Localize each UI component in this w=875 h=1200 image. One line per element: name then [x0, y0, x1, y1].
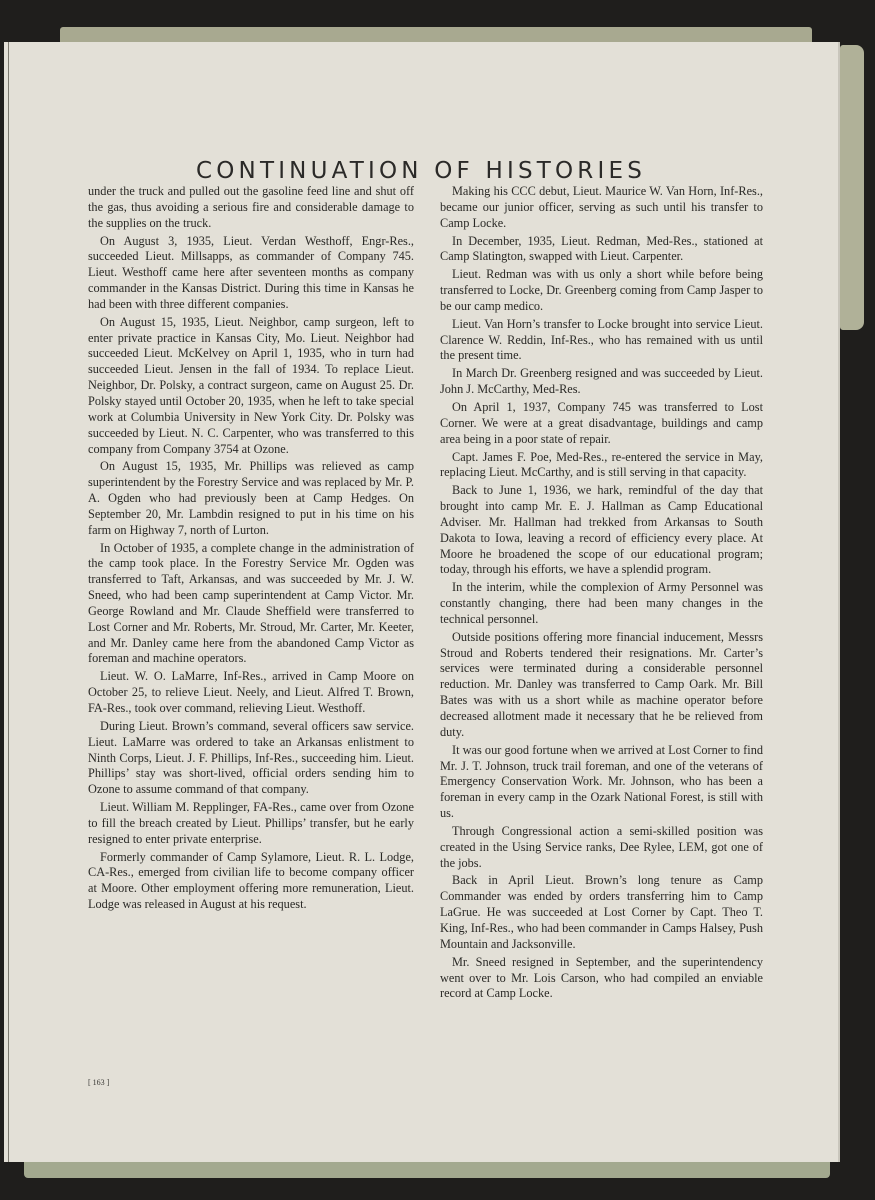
paragraph: Mr. Sneed resigned in September, and the… [440, 955, 763, 1003]
page-title: CONTINUATION OF HISTORIES [4, 158, 838, 184]
paragraph: Making his CCC debut, Lieut. Maurice W. … [440, 184, 763, 232]
paragraph: Formerly commander of Camp Sylamore, Lie… [88, 850, 414, 913]
paper-edge-bottom [24, 1160, 830, 1178]
paragraph: On August 15, 1935, Mr. Phillips was rel… [88, 459, 414, 538]
paragraph: Through Congressional action a semi-skil… [440, 824, 763, 872]
binding-line [8, 42, 9, 1162]
paragraph: During Lieut. Brown’s command, several o… [88, 719, 414, 798]
paragraph: On August 3, 1935, Lieut. Verdan Westhof… [88, 234, 414, 313]
paragraph: Outside positions offering more financia… [440, 630, 763, 741]
book-page: CONTINUATION OF HISTORIES under the truc… [4, 42, 840, 1162]
paragraph: Lieut. William M. Repplinger, FA-Res., c… [88, 800, 414, 848]
paragraph: It was our good fortune when we arrived … [440, 743, 763, 822]
paragraph: Capt. James F. Poe, Med-Res., re-entered… [440, 450, 763, 482]
paragraph: In March Dr. Greenberg resigned and was … [440, 366, 763, 398]
paragraph: Lieut. Van Horn’s transfer to Locke brou… [440, 317, 763, 365]
paragraph: In the interim, while the complexion of … [440, 580, 763, 628]
paragraph: On August 15, 1935, Lieut. Neighbor, cam… [88, 315, 414, 458]
paragraph: In December, 1935, Lieut. Redman, Med-Re… [440, 234, 763, 266]
paragraph: under the truck and pulled out the gasol… [88, 184, 414, 232]
paragraph: On April 1, 1937, Company 745 was transf… [440, 400, 763, 448]
paper-edge-right [840, 45, 864, 330]
paragraph: In October of 1935, a complete change in… [88, 541, 414, 668]
paragraph: Back to June 1, 1936, we hark, remindful… [440, 483, 763, 578]
page-number: [ 163 ] [88, 1078, 109, 1087]
paper-edge-top [60, 27, 812, 43]
paragraph: Lieut. W. O. LaMarre, Inf-Res., arrived … [88, 669, 414, 717]
paragraph: Back in April Lieut. Brown’s long tenure… [440, 873, 763, 952]
right-column: Making his CCC debut, Lieut. Maurice W. … [440, 184, 763, 1004]
left-column: under the truck and pulled out the gasol… [88, 184, 414, 915]
paragraph: Lieut. Redman was with us only a short w… [440, 267, 763, 315]
